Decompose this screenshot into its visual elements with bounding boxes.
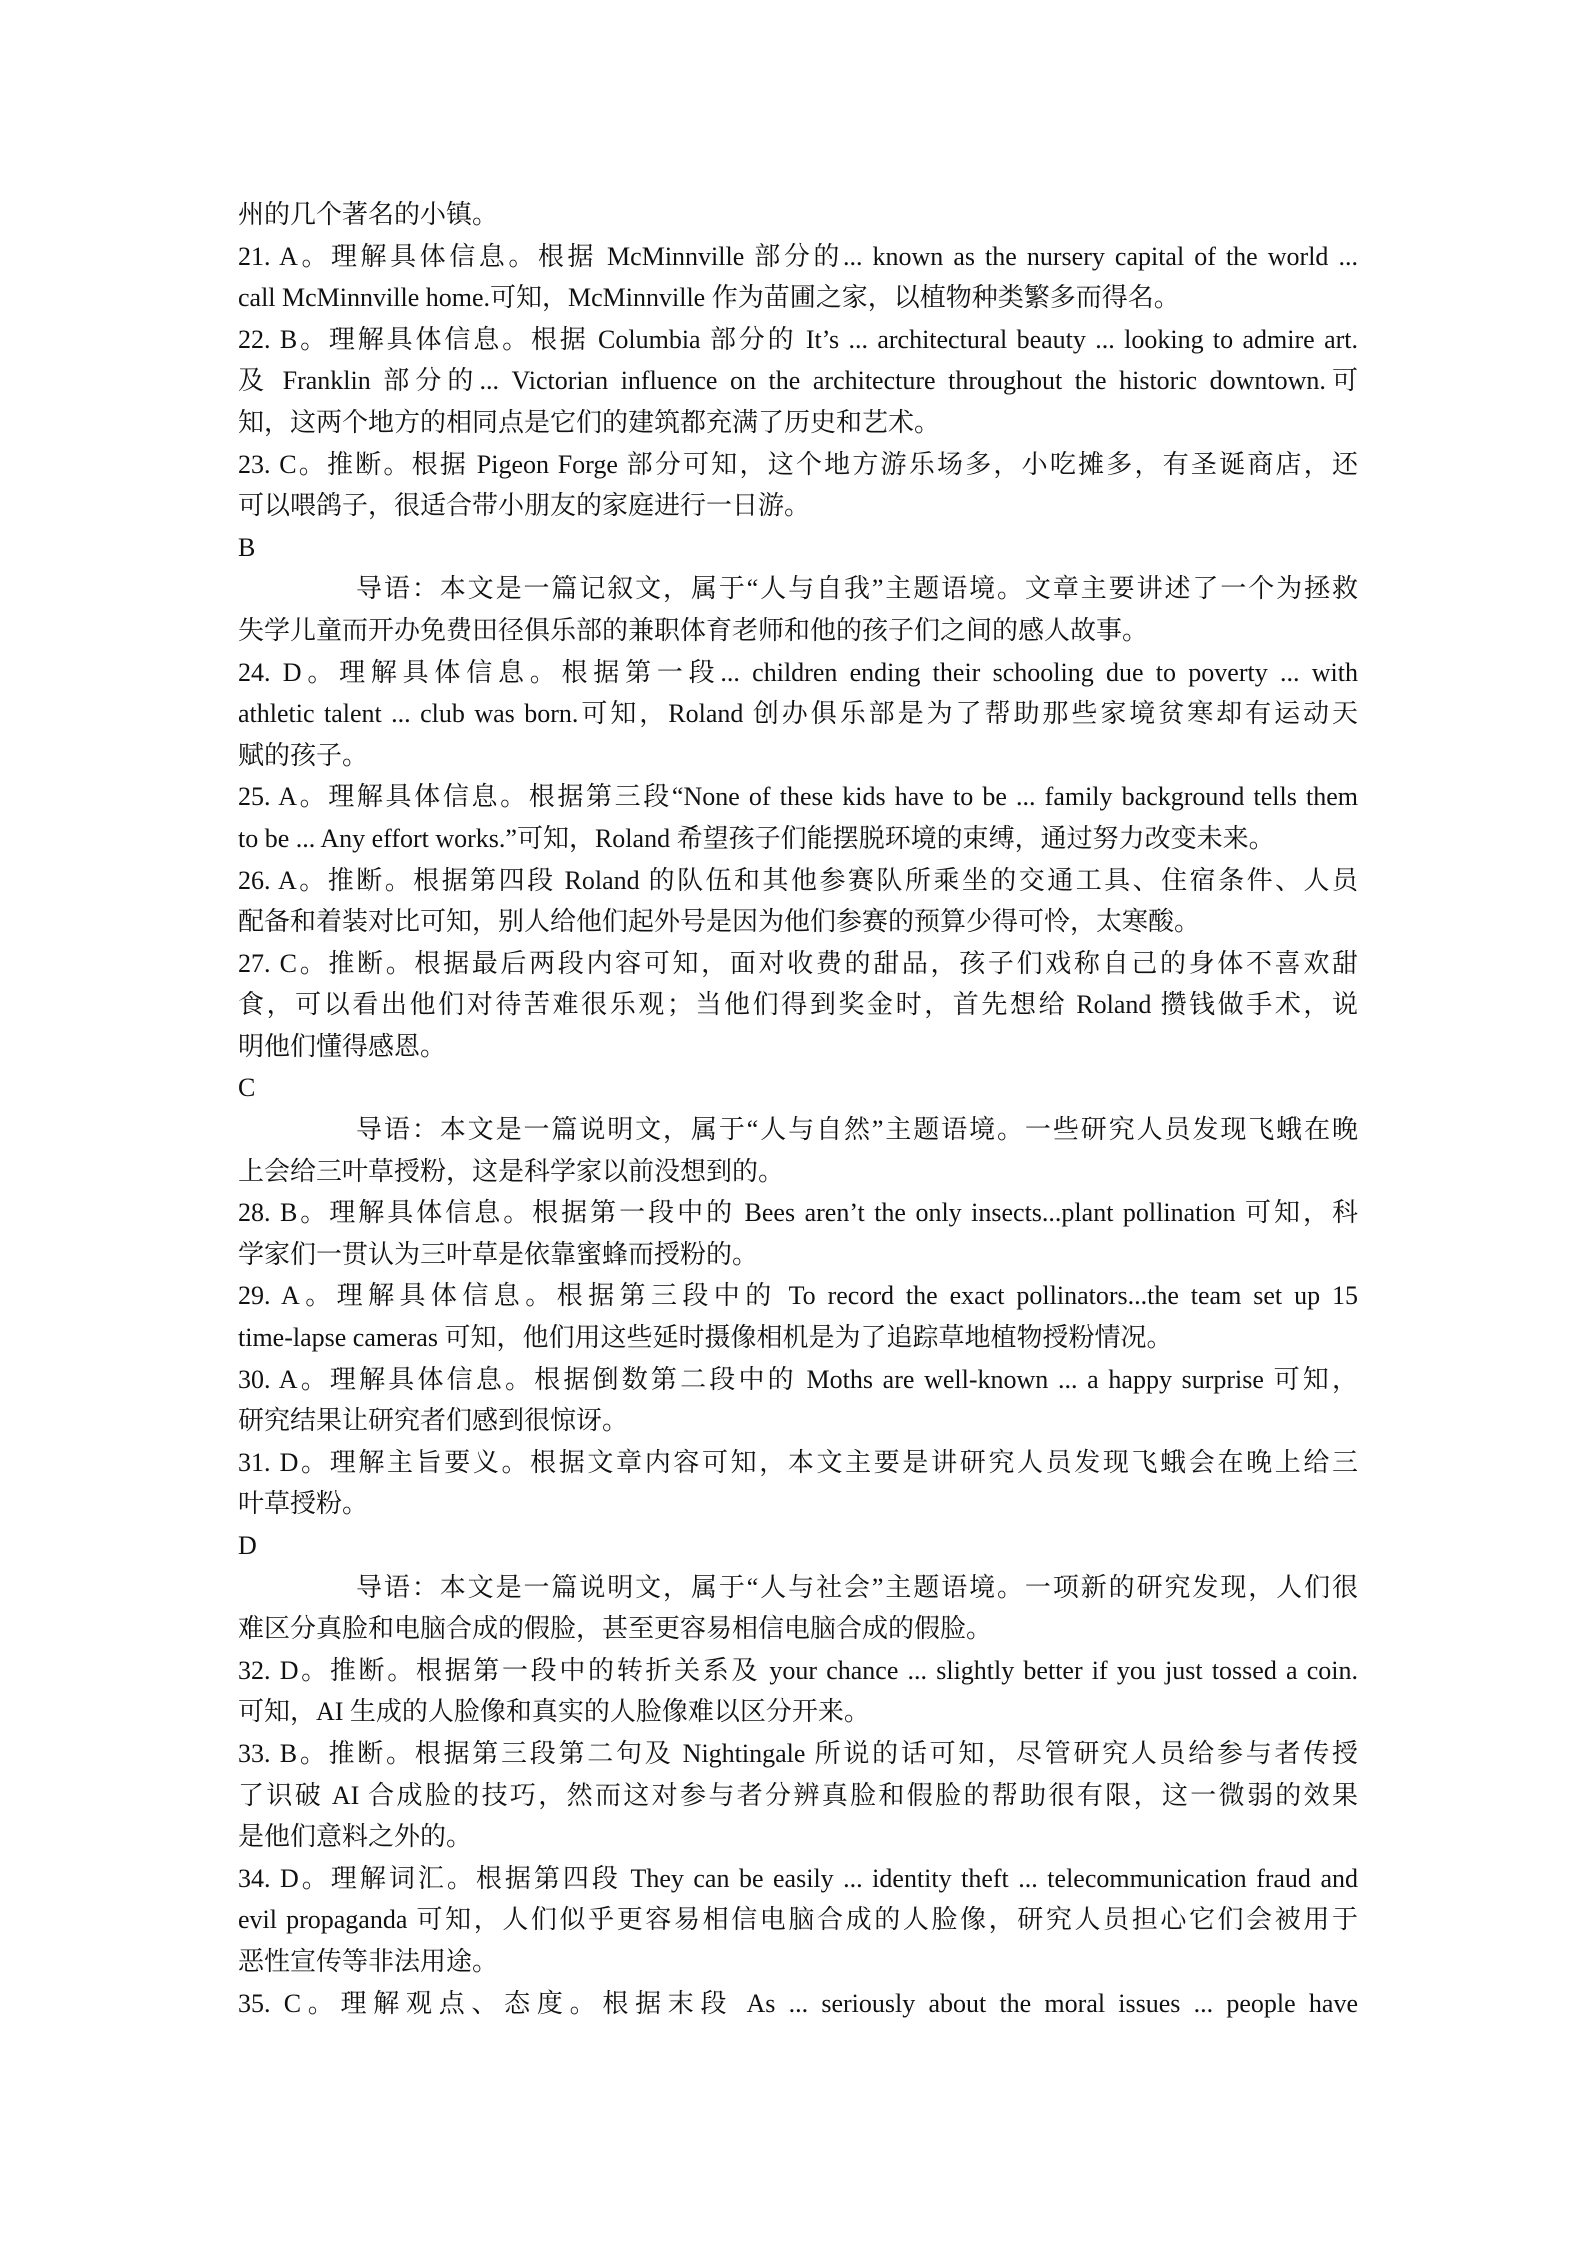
text-line: 赋的孩子。 bbox=[238, 735, 1358, 777]
section-label: D bbox=[238, 1525, 1358, 1567]
document-page: 州的几个著名的小镇。 21. A。理解具体信息。根据 McMinnville 部… bbox=[0, 0, 1587, 2245]
text-line: 可以喂鸽子，很适合带小朋友的家庭进行一日游。 bbox=[238, 485, 1358, 527]
answer-line: 31. D。理解主旨要义。根据文章内容可知，本文主要是讲研究人员发现飞蛾会在晚上… bbox=[238, 1442, 1358, 1484]
text-line: 知，这两个地方的相同点是它们的建筑都充满了历史和艺术。 bbox=[238, 402, 1358, 444]
text-line: evil propaganda 可知，人们似乎更容易相信电脑合成的人脸像，研究人… bbox=[238, 1899, 1358, 1941]
section-label: B bbox=[238, 527, 1358, 569]
answer-line: 33. B。推断。根据第三段第二句及 Nightingale 所说的话可知，尽管… bbox=[238, 1733, 1358, 1775]
answer-line: 32. D。推断。根据第一段中的转折关系及 your chance ... sl… bbox=[238, 1650, 1358, 1692]
text-line: 恶性宣传等非法用途。 bbox=[238, 1941, 1358, 1983]
text-line: 难区分真脸和电脑合成的假脸，甚至更容易相信电脑合成的假脸。 bbox=[238, 1608, 1358, 1650]
text-line: 了识破 AI 合成脸的技巧，然而这对参与者分辨真脸和假脸的帮助很有限，这一微弱的… bbox=[238, 1775, 1358, 1817]
text-line: 配备和着装对比可知，别人给他们起外号是因为他们参赛的预算少得可怜，太寒酸。 bbox=[238, 901, 1358, 943]
text-line: 失学儿童而开办免费田径俱乐部的兼职体育老师和他的孩子们之间的感人故事。 bbox=[238, 610, 1358, 652]
answer-line: 22. B。理解具体信息。根据 Columbia 部分的 It’s ... ar… bbox=[238, 319, 1358, 361]
section-label: C bbox=[238, 1067, 1358, 1109]
text-line: to be ... Any effort works.”可知，Roland 希望… bbox=[238, 818, 1358, 860]
answer-line: 25. A。理解具体信息。根据第三段“None of these kids ha… bbox=[238, 776, 1358, 818]
answer-line: 21. A。理解具体信息。根据 McMinnville 部分的... known… bbox=[238, 236, 1358, 278]
text-line: 研究结果让研究者们感到很惊讶。 bbox=[238, 1400, 1358, 1442]
text-line: 及 Franklin 部分的... Victorian influence on… bbox=[238, 360, 1358, 402]
text-line: 是他们意料之外的。 bbox=[238, 1816, 1358, 1858]
text-line: 明他们懂得感恩。 bbox=[238, 1026, 1358, 1068]
answer-line: 28. B。理解具体信息。根据第一段中的 Bees aren’t the onl… bbox=[238, 1192, 1358, 1234]
answer-line: 30. A。理解具体信息。根据倒数第二段中的 Moths are well-kn… bbox=[238, 1359, 1358, 1401]
text-line: 州的几个著名的小镇。 bbox=[238, 194, 1358, 236]
text-line: 上会给三叶草授粉，这是科学家以前没想到的。 bbox=[238, 1151, 1358, 1193]
answer-line: 24. D。理解具体信息。根据第一段... children ending th… bbox=[238, 652, 1358, 694]
text-line: 食，可以看出他们对待苦难很乐观；当他们得到奖金时，首先想给 Roland 攒钱做… bbox=[238, 984, 1358, 1026]
answer-line: 26. A。推断。根据第四段 Roland 的队伍和其他参赛队所乘坐的交通工具、… bbox=[238, 860, 1358, 902]
text-line: athletic talent ... club was born.可知，Rol… bbox=[238, 693, 1358, 735]
intro-line: 导语：本文是一篇说明文，属于“人与社会”主题语境。一项新的研究发现，人们很 bbox=[238, 1567, 1358, 1609]
answer-line: 29. A。理解具体信息。根据第三段中的 To record the exact… bbox=[238, 1275, 1358, 1317]
answer-line: 27. C。推断。根据最后两段内容可知，面对收费的甜品，孩子们戏称自己的身体不喜… bbox=[238, 943, 1358, 985]
text-line: time-lapse cameras 可知，他们用这些延时摄像相机是为了追踪草地… bbox=[238, 1317, 1358, 1359]
answer-line: 23. C。推断。根据 Pigeon Forge 部分可知，这个地方游乐场多，小… bbox=[238, 444, 1358, 486]
answer-line: 34. D。理解词汇。根据第四段 They can be easily ... … bbox=[238, 1858, 1358, 1900]
text-line: 叶草授粉。 bbox=[238, 1483, 1358, 1525]
text-line: 可知，AI 生成的人脸像和真实的人脸像难以区分开来。 bbox=[238, 1691, 1358, 1733]
text-block: 州的几个著名的小镇。 21. A。理解具体信息。根据 McMinnville 部… bbox=[238, 194, 1358, 2024]
text-line: call McMinnville home.可知，McMinnville 作为苗… bbox=[238, 277, 1358, 319]
intro-line: 导语：本文是一篇说明文，属于“人与自然”主题语境。一些研究人员发现飞蛾在晚 bbox=[238, 1109, 1358, 1151]
text-line: 学家们一贯认为三叶草是依靠蜜蜂而授粉的。 bbox=[238, 1234, 1358, 1276]
intro-line: 导语：本文是一篇记叙文，属于“人与自我”主题语境。文章主要讲述了一个为拯救 bbox=[238, 568, 1358, 610]
answer-line: 35. C。理解观点、态度。根据末段 As ... seriously abou… bbox=[238, 1983, 1358, 2025]
